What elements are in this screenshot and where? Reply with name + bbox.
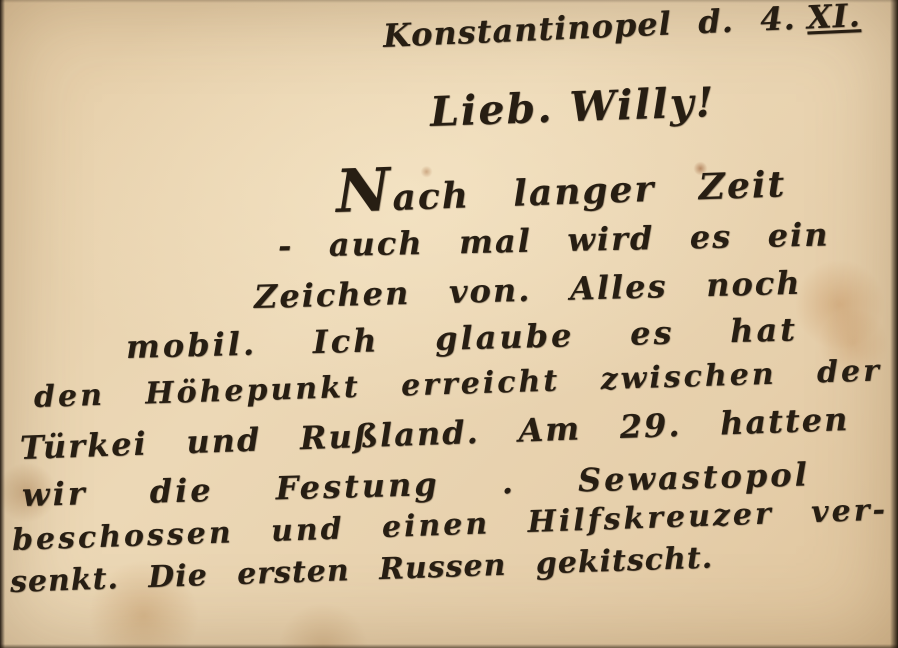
scan-edge-bottom — [0, 644, 898, 648]
dateline-month-roman: XI. — [806, 0, 862, 36]
handwriting-line: mobil. Ich glaube es hat — [126, 313, 799, 363]
handwriting-line: Türkei und Rußland. Am 29. hatten — [19, 403, 849, 464]
scan-edge-left — [0, 0, 5, 648]
dateline: Konstantinopel d. 4.XI. — [382, 0, 861, 52]
dateline-place-day: Konstantinopel d. 4. — [382, 0, 796, 55]
scan-edge-right — [890, 0, 898, 648]
handwriting-line: Zeichen von. Alles noch — [254, 267, 802, 313]
salutation: Lieb. Willy! — [429, 82, 716, 133]
handwriting-line: Nach langer Zeit — [335, 147, 787, 222]
postcard-scan: Konstantinopel d. 4.XI. Lieb. Willy! Nac… — [0, 0, 898, 648]
handwriting-line: - auch mal wird es ein — [278, 218, 830, 262]
